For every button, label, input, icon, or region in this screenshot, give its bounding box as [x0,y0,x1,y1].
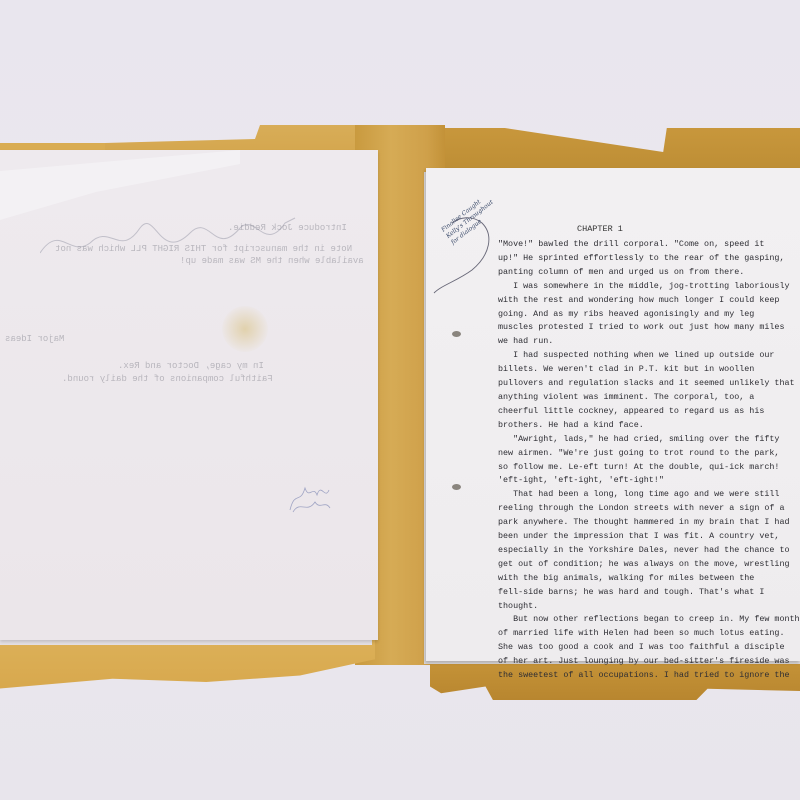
text-line: fell-side barns; he was hard and tough. … [498,586,798,600]
text-line: of married life with Helen had been so m… [498,627,798,641]
text-line: brothers. He had a kind face. [498,419,798,433]
coffee-stain [222,306,268,352]
text-line: pullovers and regulation slacks and it s… [498,377,798,391]
punch-hole-bottom [452,484,461,490]
text-line: She was too good a cook and I was too fa… [498,641,798,655]
text-line: up!" He sprinted effortlessly to the rea… [498,252,798,266]
mirrored-line: Introduce Jock Reddie. [228,222,347,235]
text-line: been under the impression that I was fit… [498,530,798,544]
text-line: anything violent was imminent. The corpo… [498,391,798,405]
punch-hole-top [452,331,461,337]
ink-scribble-icon [285,470,335,520]
text-line: "Move!" bawled the drill corporal. "Come… [498,238,798,252]
text-line: park anywhere. The thought hammered in m… [498,516,798,530]
text-line: get out of condition; he was always on t… [498,558,798,572]
chapter-heading: CHAPTER 1 [577,224,623,234]
text-line: billets. We weren't clad in P.T. kit but… [498,363,798,377]
text-line: panting column of men and urged us on fr… [498,266,798,280]
mirrored-line: In my cage, Doctor and Rex. [118,360,264,373]
text-line: reeling through the London streets with … [498,502,798,516]
text-line: especially in the Yorkshire Dales, never… [498,544,798,558]
text-line: thought. [498,600,798,614]
text-line: of her art. Just lounging by our bed-sit… [498,655,798,669]
mirrored-line: available when the MS was made up! [180,255,364,268]
text-line: But now other reflections began to creep… [498,613,798,627]
manuscript-body: "Move!" bawled the drill corporal. "Come… [498,238,798,683]
text-line: 'eft-ight, 'eft-ight, 'eft-ight!" [498,474,798,488]
text-line: with the rest and wondering how much lon… [498,294,798,308]
text-line: new airmen. "We're just going to trot ro… [498,447,798,461]
text-line: so follow me. Le-eft turn! At the double… [498,461,798,475]
text-line: the sweetest of all occupations. I had t… [498,669,798,683]
mirrored-line: Faithful companions of the daily round. [62,373,273,386]
text-line: going. And as my ribs heaved agonisingly… [498,308,798,322]
text-line: with the big animals, walking for miles … [498,572,798,586]
text-line: cheerful little cockney, appeared to reg… [498,405,798,419]
text-line: That had been a long, long time ago and … [498,488,798,502]
mirrored-line: Major Ideas [5,333,64,346]
text-line: we had run. [498,335,798,349]
text-line: muscles protested I tried to work out ju… [498,321,798,335]
text-line: "Awright, lads," he had cried, smiling o… [498,433,798,447]
text-line: I had suspected nothing when we lined up… [498,349,798,363]
text-line: I was somewhere in the middle, jog-trott… [498,280,798,294]
